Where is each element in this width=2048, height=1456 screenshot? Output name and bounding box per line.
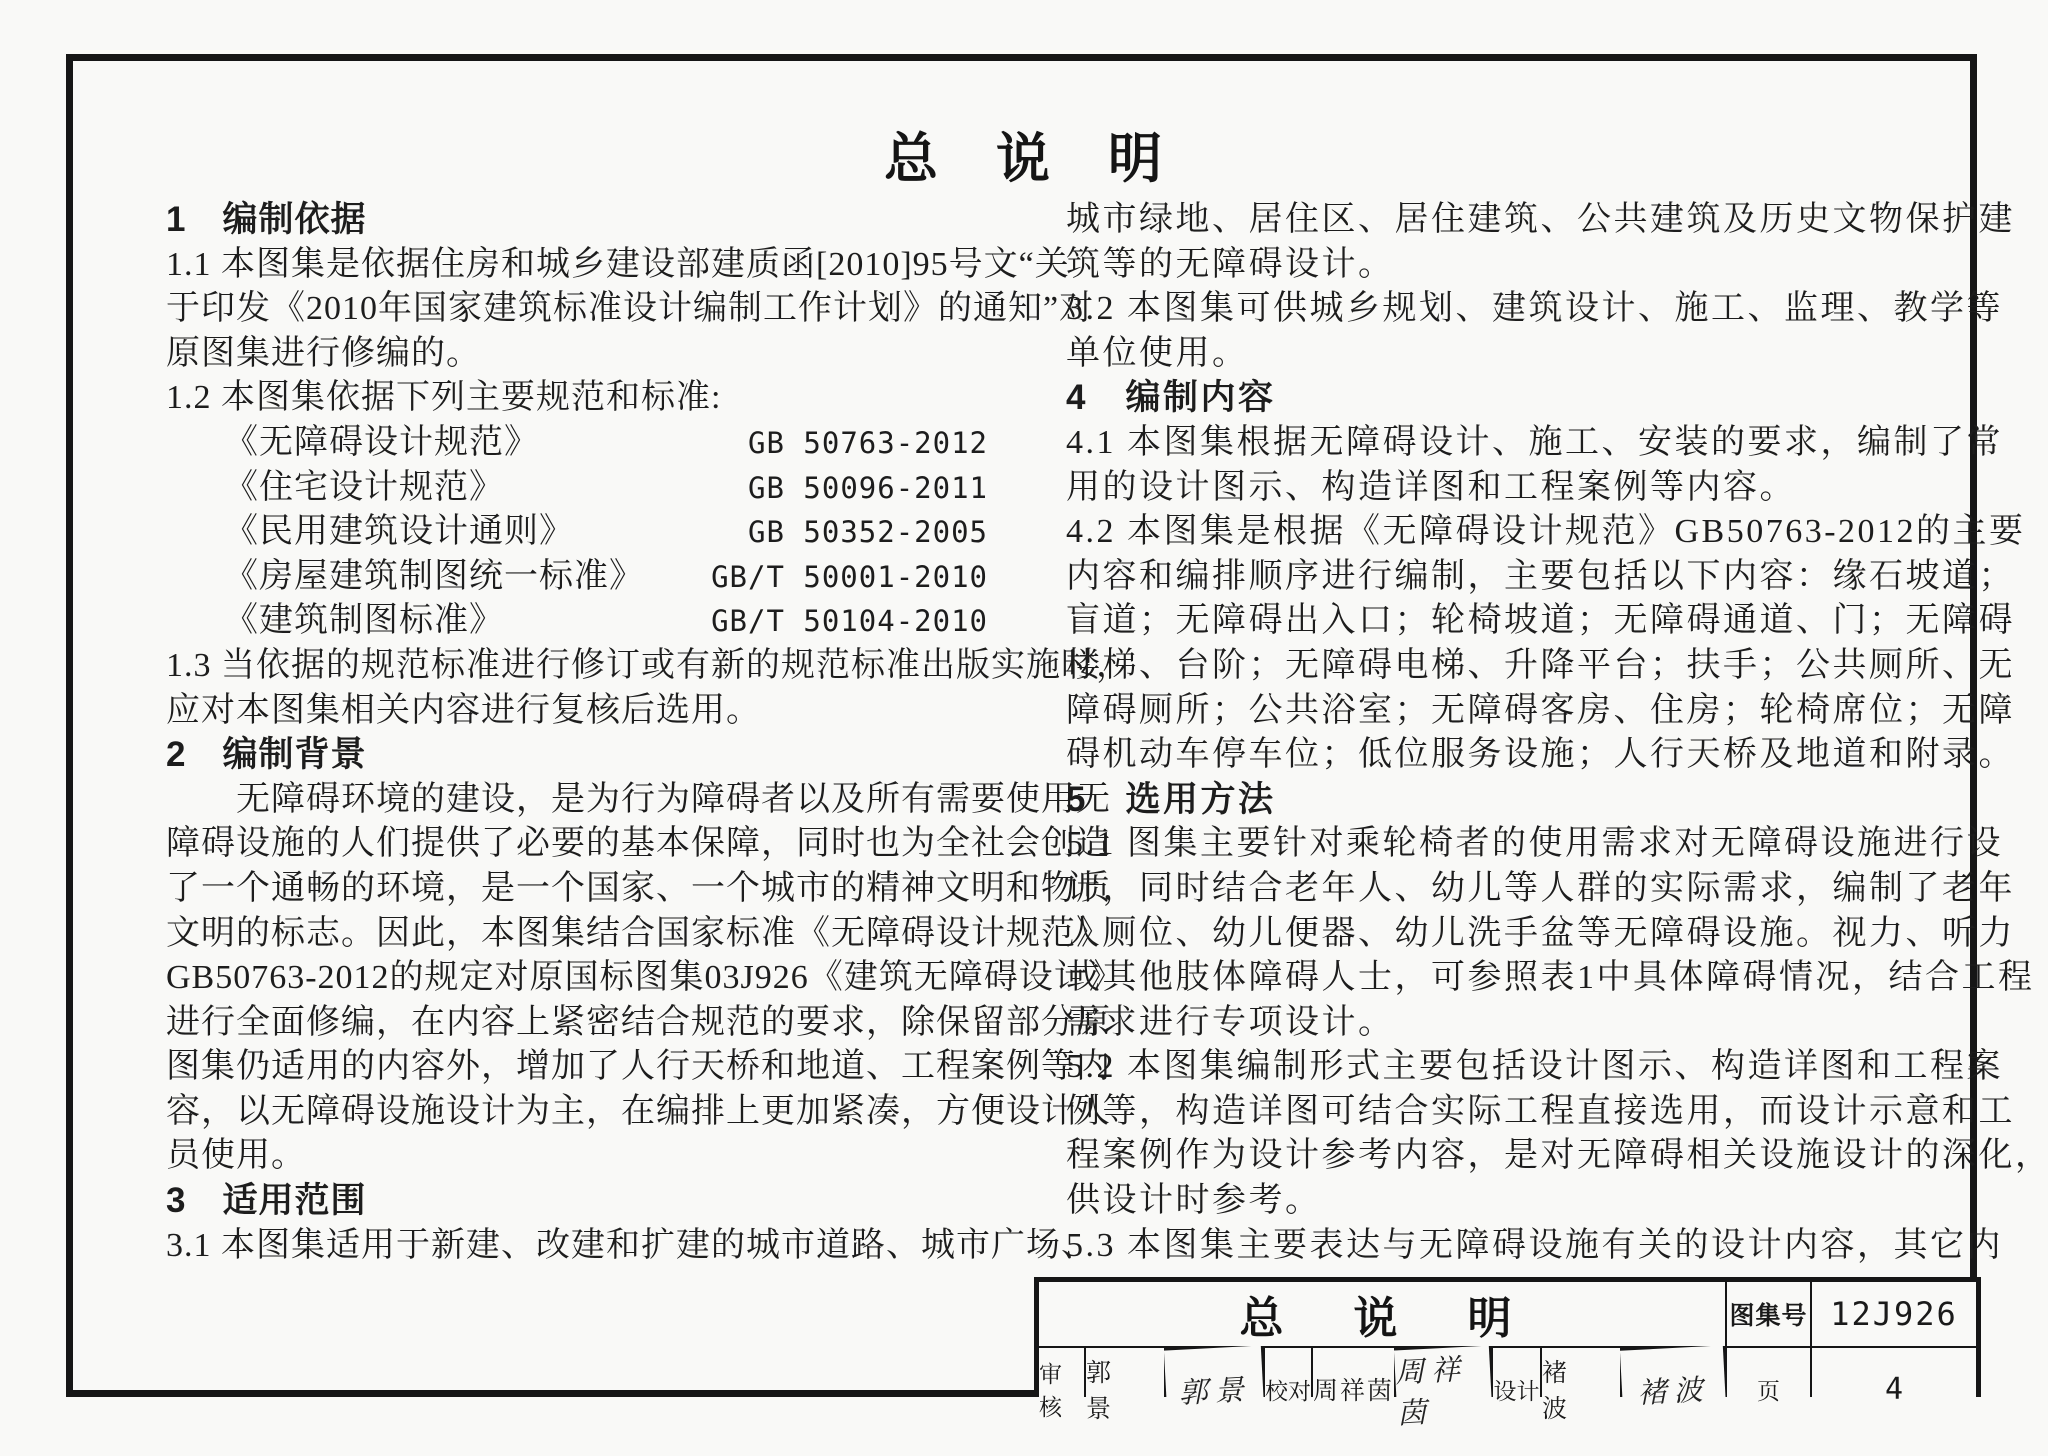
text-line: 筑等的无障碍设计。 — [1066, 243, 1914, 288]
text-line: 4.2 本图集是根据《无障碍设计规范》GB50763-2012的主要 — [1066, 510, 1914, 555]
text-line: 例等，构造详图可结合实际工程直接选用，而设计示意和工 — [1066, 1090, 1914, 1135]
standard-code: GB/T 50001-2010 — [711, 555, 988, 600]
title-block-staff-row: 审核郭 景郭景校对周祥茵周祥茵设计褚 波褚波页4 — [1039, 1348, 1976, 1430]
staff-name: 周祥茵 — [1313, 1348, 1394, 1430]
staff-role-label: 校对 — [1265, 1348, 1311, 1430]
standard-code: GB 50763-2012 — [748, 421, 988, 466]
text-line: 障碍设施的人们提供了必要的基本保障，同时也为全社会创造 — [166, 822, 1008, 867]
text-line: 1.1 本图集是依据住房和城乡建设部建质函[2010]95号文“关 — [166, 243, 1008, 288]
text-line: 盲道；无障碍出入口；轮椅坡道；无障碍通道、门；无障碍 — [1066, 599, 1914, 644]
text-line: 计，同时结合老年人、幼儿等人群的实际需求，编制了老年 — [1066, 867, 1914, 912]
staff-name: 郭 景 — [1086, 1348, 1164, 1430]
title-block-header-row: 总 说 明 图集号 12J926 — [1039, 1282, 1976, 1346]
page-number: 4 — [1812, 1348, 1976, 1430]
text-line: 障碍厕所；公共浴室；无障碍客房、住房；轮椅席位；无障 — [1066, 689, 1914, 734]
standard-line: 《房屋建筑制图统一标准》GB/T 50001-2010 — [166, 555, 1008, 600]
standard-name: 《民用建筑设计通则》 — [166, 513, 574, 550]
staff-signature: 周祥茵 — [1394, 1346, 1493, 1433]
text-line: 5.1 图集主要针对乘轮椅者的使用需求对无障碍设施进行设 — [1066, 822, 1914, 867]
staff-role-label: 设计 — [1493, 1348, 1540, 1430]
section-heading: 4 编制内容 — [1066, 376, 1914, 421]
standard-code: GB/T 50104-2010 — [711, 599, 988, 644]
text-line: 无障碍环境的建设，是为行为障碍者以及所有需要使用无 — [166, 778, 1008, 823]
standard-line: 《建筑制图标准》GB/T 50104-2010 — [166, 599, 1008, 644]
document-page: 总 说 明 1 编制依据1.1 本图集是依据住房和城乡建设部建质函[2010]9… — [0, 0, 2048, 1456]
section-heading: 3 适用范围 — [166, 1179, 1008, 1224]
text-line: 原图集进行修编的。 — [166, 332, 1008, 377]
text-line: 单位使用。 — [1066, 332, 1914, 377]
text-line: 内容和编排顺序进行编制，主要包括以下内容：缘石坡道； — [1066, 555, 1914, 600]
staff-signature: 褚波 — [1620, 1345, 1727, 1432]
text-line: 3.2 本图集可供城乡规划、建筑设计、施工、监理、教学等 — [1066, 287, 1914, 332]
text-line: 于印发《2010年国家建筑标准设计编制工作计划》的通知”对 — [166, 287, 1008, 332]
staff-signature: 郭景 — [1164, 1346, 1265, 1433]
text-line: 员使用。 — [166, 1134, 1008, 1179]
right-column: 城市绿地、居住区、居住建筑、公共建筑及历史文物保护建筑等的无障碍设计。3.2 本… — [1066, 198, 1914, 1268]
text-line: 程案例作为设计参考内容，是对无障碍相关设施设计的深化， — [1066, 1134, 1914, 1179]
text-line: 文明的标志。因此，本图集结合国家标准《无障碍设计规范》 — [166, 912, 1008, 957]
standard-code: GB 50352-2005 — [748, 510, 988, 555]
title-block-title: 总 说 明 — [1240, 1282, 1525, 1346]
text-line: 1.2 本图集依据下列主要规范和标准: — [166, 376, 1008, 421]
text-line: 4.1 本图集根据无障碍设计、施工、安装的要求，编制了常 — [1066, 421, 1914, 466]
text-line: 图集仍适用的内容外，增加了人行天桥和地道、工程案例等内 — [166, 1045, 1008, 1090]
left-column: 1 编制依据1.1 本图集是依据住房和城乡建设部建质函[2010]95号文“关于… — [166, 198, 1008, 1268]
title-block: 总 说 明 图集号 12J926 审核郭 景郭景校对周祥茵周祥茵设计褚 波褚波页… — [1034, 1277, 1981, 1397]
text-line: 了一个通畅的环境，是一个国家、一个城市的精神文明和物质 — [166, 867, 1008, 912]
staff-role-label: 页 — [1727, 1348, 1810, 1430]
title-block-title-cell: 总 说 明 — [1039, 1282, 1725, 1346]
standard-line: 《住宅设计规范》GB 50096-2011 — [166, 466, 1008, 511]
staff-role-label: 审核 — [1039, 1348, 1084, 1430]
text-line: 应对本图集相关内容进行复核后选用。 — [166, 689, 1008, 734]
standard-line: 《民用建筑设计通则》GB 50352-2005 — [166, 510, 1008, 555]
text-line: 用的设计图示、构造详图和工程案例等内容。 — [1066, 466, 1914, 511]
standard-name: 《无障碍设计规范》 — [166, 424, 539, 461]
text-line: 容，以无障碍设施设计为主，在编排上更加紧凑，方便设计人 — [166, 1090, 1008, 1135]
text-line: 进行全面修编，在内容上紧密结合规范的要求，除保留部分原 — [166, 1001, 1008, 1046]
atlas-no-label: 图集号 — [1727, 1282, 1810, 1346]
text-line: 楼梯、台阶；无障碍电梯、升降平台；扶手；公共厕所、无 — [1066, 644, 1914, 689]
standard-name: 《房屋建筑制图统一标准》 — [166, 558, 644, 595]
text-line: 或其他肢体障碍人士，可参照表1中具体障碍情况，结合工程 — [1066, 956, 1914, 1001]
page-title: 总 说 明 — [0, 116, 2048, 193]
text-line: 3.1 本图集适用于新建、改建和扩建的城市道路、城市广场、 — [166, 1224, 1008, 1269]
text-line: GB50763-2012的规定对原国标图集03J926《建筑无障碍设计》 — [166, 956, 1008, 1001]
text-line: 供设计时参考。 — [1066, 1179, 1914, 1224]
standard-code: GB 50096-2011 — [748, 466, 988, 511]
text-line: 5.3 本图集主要表达与无障碍设施有关的设计内容，其它内 — [1066, 1224, 1914, 1269]
text-line: 5.2 本图集编制形式主要包括设计图示、构造详图和工程案 — [1066, 1045, 1914, 1090]
text-line: 人厕位、幼儿便器、幼儿洗手盆等无障碍设施。视力、听力 — [1066, 912, 1914, 957]
text-line: 1.3 当依据的规范标准进行修订或有新的规范标准出版实施时， — [166, 644, 1008, 689]
section-heading: 1 编制依据 — [166, 198, 1008, 243]
standard-name: 《建筑制图标准》 — [166, 602, 504, 639]
standard-name: 《住宅设计规范》 — [166, 469, 504, 506]
section-heading: 2 编制背景 — [166, 733, 1008, 778]
text-line: 城市绿地、居住区、居住建筑、公共建筑及历史文物保护建 — [1066, 198, 1914, 243]
atlas-no-value: 12J926 — [1812, 1282, 1976, 1346]
text-line: 碍机动车停车位；低位服务设施；人行天桥及地道和附录。 — [1066, 733, 1914, 778]
text-line: 需求进行专项设计。 — [1066, 1001, 1914, 1046]
standard-line: 《无障碍设计规范》GB 50763-2012 — [166, 421, 1008, 466]
staff-name: 褚 波 — [1542, 1348, 1620, 1430]
section-heading: 5 选用方法 — [1066, 778, 1914, 823]
